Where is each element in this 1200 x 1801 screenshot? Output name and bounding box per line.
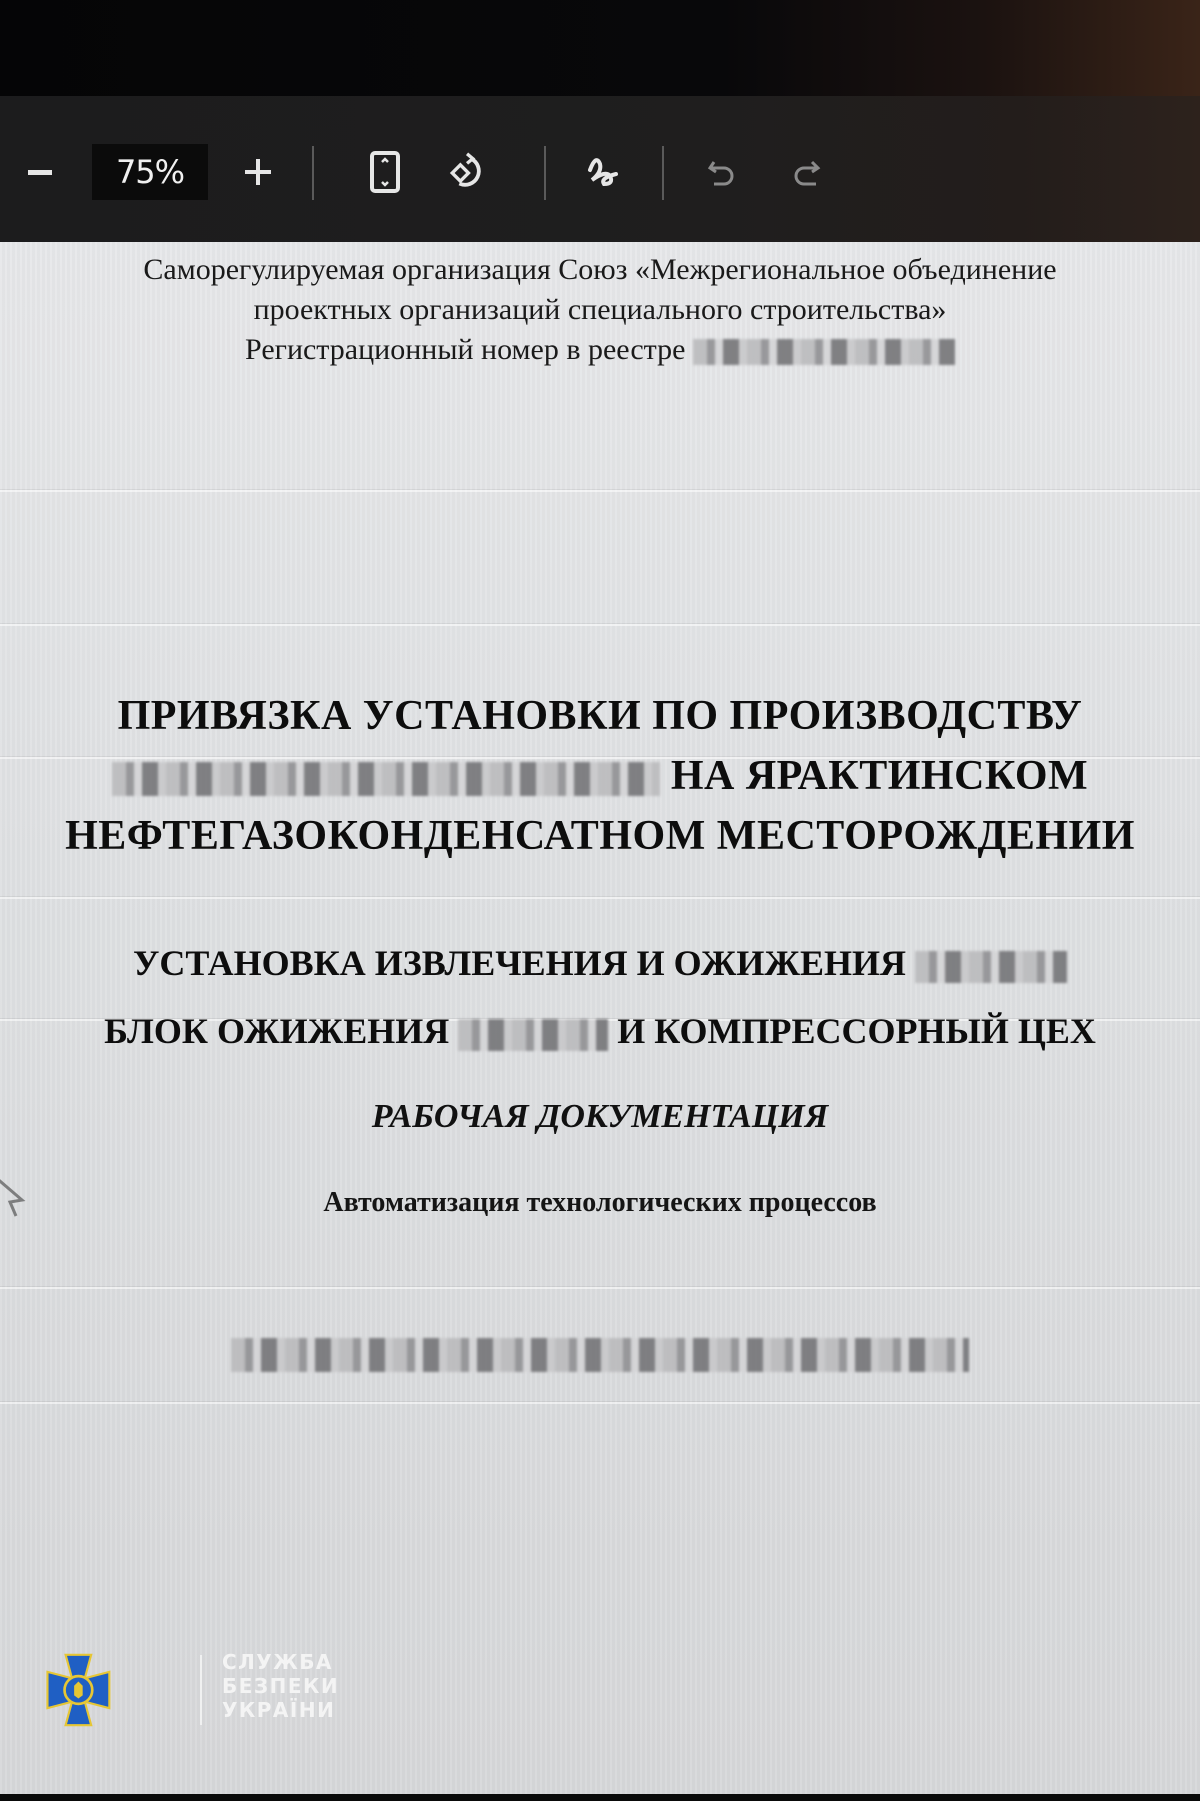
document-page: Саморегулируемая организация Союз «Межре… [0,242,1200,1794]
header-line-1: Саморегулируемая организация Союз «Межре… [0,250,1200,290]
section-name: Автоматизация технологических процессов [0,1187,1200,1219]
paper-fold [0,1287,1200,1289]
draw-button[interactable] [582,150,626,194]
sbu-emblem-icon [40,1620,200,1760]
paper-fold [0,1402,1200,1404]
fit-page-icon [368,150,404,194]
bottom-bezel [0,1794,1200,1801]
registry-number-label: Регистрационный номер в реестре [245,333,685,366]
doc-code-line [0,1338,1200,1372]
redacted-unit-code [915,951,1067,983]
subtitle-compressor-text: И КОМПРЕССОРНЫЙ ЦЕХ [617,1011,1096,1051]
paper-fold [0,897,1200,899]
paper-fold [0,490,1200,492]
draw-icon [582,150,626,194]
undo-icon [704,154,740,190]
wordmark-line-1: СЛУЖБА [222,1650,339,1674]
redacted-block-code [458,1019,608,1051]
pdf-toolbar: 75% [0,96,1200,242]
toolbar-divider [312,146,314,200]
sbu-wordmark: СЛУЖБА БЕЗПЕКИ УКРАЇНИ [222,1650,339,1722]
zoom-in-button[interactable] [236,150,280,194]
subtitle-line-2: БЛОК ОЖИЖЕНИЯ И КОМПРЕССОРНЫЙ ЦЕХ [0,1010,1200,1052]
title-line-3: НЕФТЕГАЗОКОНДЕНСАТНОМ МЕСТОРОЖДЕНИИ [0,812,1200,860]
logo-divider [200,1655,202,1725]
title-line-2: НА ЯРАКТИНСКОМ [0,752,1200,800]
subtitle-line-1: УСТАНОВКА ИЗВЛЕЧЕНИЯ И ОЖИЖЕНИЯ [0,942,1200,984]
rotate-button[interactable] [446,150,490,194]
wordmark-line-2: БЕЗПЕКИ [222,1674,339,1698]
header-line-2: проектных организаций специального строи… [0,290,1200,330]
header-line-3: Регистрационный номер в реестре [0,330,1200,370]
toolbar-divider [544,146,546,200]
redo-button[interactable] [784,150,828,194]
minus-icon [25,157,55,187]
rotate-icon [446,150,490,194]
wordmark-line-3: УКРАЇНИ [222,1698,339,1722]
mouse-cursor-icon [0,1170,30,1220]
zoom-out-button[interactable] [18,150,62,194]
title-location: НА ЯРАКТИНСКОМ [671,753,1088,799]
subtitle-text: УСТАНОВКА ИЗВЛЕЧЕНИЯ И ОЖИЖЕНИЯ [133,943,906,983]
fit-page-button[interactable] [364,150,408,194]
plus-icon [242,156,274,188]
title-line-1: ПРИВЯЗКА УСТАНОВКИ ПО ПРОИЗВОДСТВУ [0,692,1200,740]
redacted-document-code [231,1338,969,1372]
redo-icon [788,154,824,190]
redacted-product-name [112,762,660,796]
toolbar-divider [662,146,664,200]
zoom-level-field[interactable]: 75% [92,144,208,200]
doc-type: РАБОЧАЯ ДОКУМЕНТАЦИЯ [0,1098,1200,1136]
redacted-registry-number [693,339,955,365]
undo-button[interactable] [700,150,744,194]
subtitle-block-text: БЛОК ОЖИЖЕНИЯ [104,1011,449,1051]
screen-bezel [0,0,1200,100]
paper-fold [0,624,1200,626]
